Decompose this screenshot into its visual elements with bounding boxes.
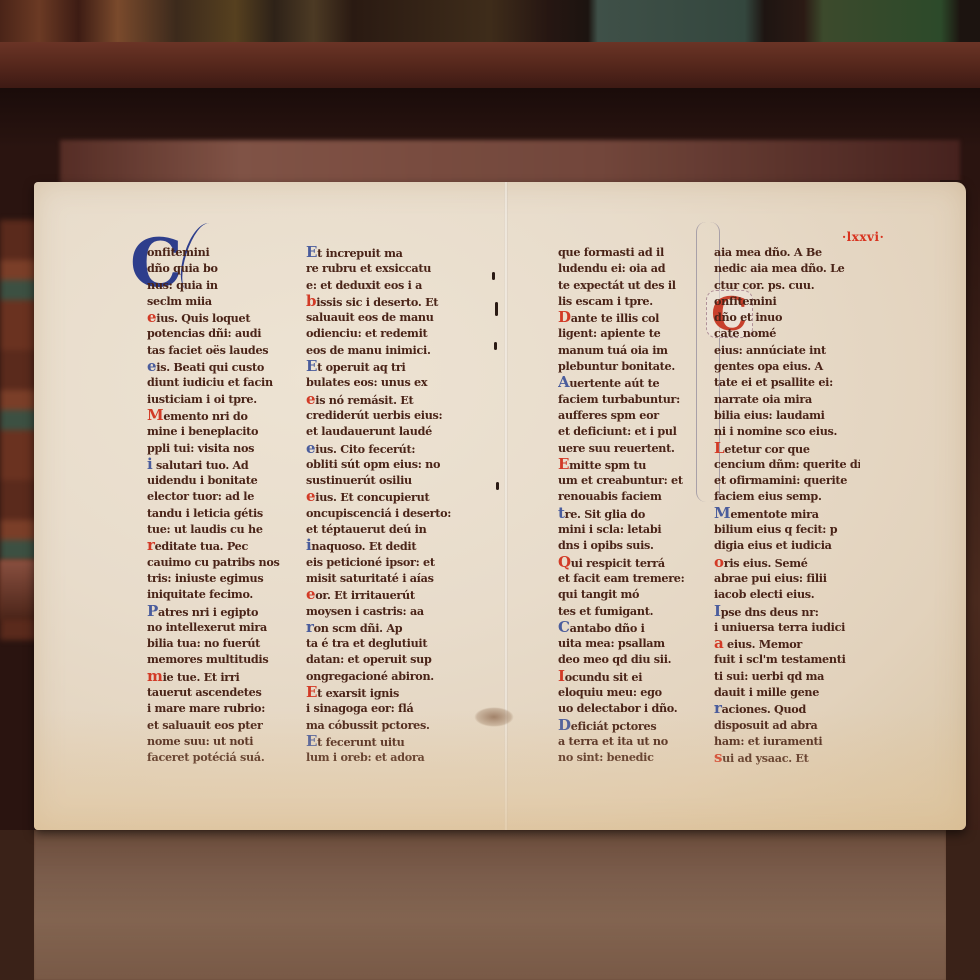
- rubricated-initial: r: [714, 699, 722, 717]
- text-line: reditate tua. Pec: [147, 537, 289, 553]
- rubricated-initial: D: [558, 716, 571, 734]
- text-line: mine i beneplacito: [147, 423, 289, 439]
- text-line: bilia tua: no fuerút: [147, 635, 289, 651]
- text-line: Et increpuit ma: [306, 244, 452, 260]
- text-line: re rubru et exsiccatu: [306, 260, 452, 276]
- text-line: lis escam i tpre.: [558, 293, 700, 309]
- text-line: iusticiam i oi tpre.: [147, 391, 289, 407]
- text-line: i uniuersa terra iudici: [714, 619, 860, 635]
- rubricated-initial: E: [306, 683, 317, 701]
- text-line: et deficiunt: et i pul: [558, 423, 700, 439]
- text-line: cauimo cu patribs nos: [147, 554, 289, 570]
- text-line: dauit i mille gene: [714, 684, 860, 700]
- text-line: ctur cor. ps. cuu.: [714, 277, 860, 293]
- text-line: bissis sic i deserto. Et: [306, 293, 452, 309]
- text-line: Mementote mira: [714, 505, 860, 521]
- text-line: eius. Quis loquet: [147, 309, 289, 325]
- text-line: deo meo qd diu sii.: [558, 651, 700, 667]
- text-line: et ofirmamini: querite: [714, 472, 860, 488]
- text-line: iacob electi eius.: [714, 586, 860, 602]
- text-line: ongregacioné abiron.: [306, 668, 452, 684]
- rubricated-initial: M: [147, 406, 163, 424]
- text-line: tris: iniuste egimus: [147, 570, 289, 586]
- text-line: mini i scla: letabi: [558, 521, 700, 537]
- text-line: Ipse dns deus nr:: [714, 603, 860, 619]
- rubricated-initial: s: [714, 748, 722, 765]
- text-line: abrae pui eius: filii: [714, 570, 860, 586]
- text-line: misit saturitaté i aías: [306, 570, 452, 586]
- text-line: Deficiát pctores: [558, 717, 700, 733]
- text-line: obliti sút opm eius: no: [306, 456, 452, 472]
- text-line: Et operuit aq tri: [306, 358, 452, 374]
- rubricated-initial: A: [558, 373, 569, 391]
- bookshelf-books: [0, 0, 980, 42]
- text-line: a terra et ita ut no: [558, 733, 700, 749]
- desk-edge-left: [0, 830, 34, 980]
- text-line: tauerut ascendetes: [147, 684, 289, 700]
- text-line: Cantabo dño i: [558, 619, 700, 635]
- text-line: ligent: apiente te: [558, 325, 700, 341]
- text-line: raciones. Quod: [714, 700, 860, 716]
- sewing-hole: [492, 272, 495, 280]
- text-line: bulates eos: unus ex: [306, 374, 452, 390]
- folio-number: ·lxxvi·: [842, 230, 884, 244]
- text-line: tandu i leticia gétis: [147, 505, 289, 521]
- text-line: ron scm dñi. Ap: [306, 619, 452, 635]
- rubricated-initial: I: [558, 667, 565, 685]
- bookshelf-board: [0, 42, 980, 88]
- rubricated-initial: i: [306, 536, 311, 554]
- rubricated-initial: M: [714, 504, 730, 522]
- text-line: i sinagoga eor: flá: [306, 700, 452, 716]
- text-line: et téptauerut deú in: [306, 521, 452, 537]
- text-line: bilium eius q fecit: p: [714, 521, 860, 537]
- text-line: i mare mare rubrio:: [147, 700, 289, 716]
- text-line: inaquoso. Et dedit: [306, 537, 452, 553]
- text-line: ti sui: uerbi qd ma: [714, 668, 860, 684]
- text-line: nedic aia mea dño. Le: [714, 260, 860, 276]
- text-line: et laudauerunt laudé: [306, 423, 452, 439]
- text-line: onfitemini: [714, 293, 860, 309]
- text-column-1: onfiteminidño quia bonus: quia inseclm m…: [147, 244, 289, 766]
- rubricated-initial: i: [147, 455, 152, 473]
- text-line: manum tuá oia im: [558, 342, 700, 358]
- text-line: tre. Sit glia do: [558, 505, 700, 521]
- rubricated-initial: t: [558, 504, 565, 522]
- rubricated-initial: r: [306, 618, 314, 636]
- text-line: Patres nri i egipto: [147, 603, 289, 619]
- text-line: elector tuor: ad le: [147, 488, 289, 504]
- rubricated-initial: e: [306, 390, 315, 408]
- sewing-hole: [494, 342, 497, 350]
- text-line: eis. Beati qui custo: [147, 358, 289, 374]
- text-line: Et fecerunt uitu: [306, 733, 452, 749]
- text-line: moysen i castris: aa: [306, 603, 452, 619]
- text-line: ma cóbussit pctores.: [306, 717, 452, 733]
- text-line: seclm miia: [147, 293, 289, 309]
- rubricated-initial: e: [147, 357, 156, 375]
- text-line: eor. Et irritauerút: [306, 586, 452, 602]
- desk-reflection: [34, 830, 946, 980]
- text-line: diunt iudiciu et facin: [147, 374, 289, 390]
- sewing-hole: [496, 482, 499, 490]
- text-line: memores multitudis: [147, 651, 289, 667]
- text-line: odienciu: et redemit: [306, 325, 452, 341]
- rubricated-initial: L: [714, 439, 724, 457]
- text-line: saluauit eos de manu: [306, 309, 452, 325]
- text-line: Qui respicit terrá: [558, 554, 700, 570]
- rubricated-initial: e: [147, 308, 156, 326]
- text-line: dns i opibs suis.: [558, 537, 700, 553]
- text-line: tes et fumigant.: [558, 603, 700, 619]
- text-line: ppli tui: visita nos: [147, 440, 289, 456]
- rubricated-initial: E: [306, 357, 317, 375]
- text-line: tas faciet oës laudes: [147, 342, 289, 358]
- rubricated-initial: r: [147, 536, 155, 554]
- text-line: um et creabuntur: et: [558, 472, 700, 488]
- rubricated-initial: e: [306, 487, 315, 505]
- text-line: ludendu ei: oia ad: [558, 260, 700, 276]
- text-line: et facit eam tremere:: [558, 570, 700, 586]
- text-line: uidendu i bonitate: [147, 472, 289, 488]
- text-line: tate ei et psallite ei:: [714, 374, 860, 390]
- text-line: ni i nomine sco eius.: [714, 423, 860, 439]
- text-line: fuit i scl'm testamenti: [714, 651, 860, 667]
- text-line: Emitte spm tu: [558, 456, 700, 472]
- text-line: tue: ut laudis cu he: [147, 521, 289, 537]
- text-line: mie tue. Et irri: [147, 668, 289, 684]
- text-line: faceret potéciá suá.: [147, 749, 289, 765]
- rubricated-initial: E: [306, 244, 317, 261]
- text-line: uita mea: psallam: [558, 635, 700, 651]
- text-line: renouabis faciem: [558, 488, 700, 504]
- parchment-stain: [474, 707, 514, 727]
- text-line: eis nó remásit. Et: [306, 391, 452, 407]
- text-line: e: et deduxit eos i a: [306, 277, 452, 293]
- rubricated-initial: I: [714, 602, 721, 620]
- text-line: narrate oia mira: [714, 391, 860, 407]
- rubricated-initial: C: [558, 618, 570, 636]
- text-line: Dante te illis col: [558, 309, 700, 325]
- text-line: iniquitate fecimo.: [147, 586, 289, 602]
- text-line: faciem turbabuntur:: [558, 391, 700, 407]
- text-line: eos de manu inimici.: [306, 342, 452, 358]
- text-line: eloquiu meu: ego: [558, 684, 700, 700]
- text-line: que formasti ad il: [558, 244, 700, 260]
- text-line: nus: quia in: [147, 277, 289, 293]
- text-line: a eius. Memor: [714, 635, 860, 651]
- text-line: no sint: benedic: [558, 749, 700, 765]
- desk-edge-right: [946, 830, 980, 980]
- text-line: Et exarsit ignis: [306, 684, 452, 700]
- text-line: eius. Et concupierut: [306, 488, 452, 504]
- text-line: gentes opa eius. A: [714, 358, 860, 374]
- text-line: oncupiscenciá i deserto:: [306, 505, 452, 521]
- text-line: nome suu: ut noti: [147, 733, 289, 749]
- text-line: Iocundu sit ei: [558, 668, 700, 684]
- text-line: aia mea dño. A Be: [714, 244, 860, 260]
- rubricated-initial: m: [147, 667, 163, 685]
- text-line: Auertente aút te: [558, 374, 700, 390]
- rubricated-initial: P: [147, 602, 158, 620]
- text-line: aufferes spm eor: [558, 407, 700, 423]
- rubricated-initial: a: [714, 634, 723, 652]
- text-line: dño et inuo: [714, 309, 860, 325]
- photo-scene: ·lxxvi· C C onfiteminidño quia bonus: qu…: [0, 0, 980, 980]
- rubricated-initial: E: [558, 455, 569, 473]
- text-line: faciem eius semp.: [714, 488, 860, 504]
- text-column-3: que formasti ad illudendu ei: oia adte e…: [558, 244, 700, 766]
- text-line: eius. Cito fecerút:: [306, 440, 452, 456]
- text-line: disposuit ad abra: [714, 717, 860, 733]
- manuscript-bifolium: ·lxxvi· C C onfiteminidño quia bonus: qu…: [34, 182, 966, 830]
- text-line: uere suu reuertent.: [558, 440, 700, 456]
- text-line: te expectát ut des il: [558, 277, 700, 293]
- rubricated-initial: D: [558, 308, 571, 326]
- text-line: uo delectabor i dño.: [558, 700, 700, 716]
- shelf-shadow: [0, 88, 980, 148]
- text-line: sui ad ysaac. Et: [714, 749, 860, 765]
- center-fold: [504, 182, 508, 830]
- sewing-hole: [495, 302, 498, 316]
- text-line: qui tangit mó: [558, 586, 700, 602]
- text-line: potencias dñi: audi: [147, 325, 289, 341]
- text-line: cencium dñm: querite dñm: [714, 456, 860, 472]
- text-line: sustinuerút osiliu: [306, 472, 452, 488]
- text-line: oris eius. Semé: [714, 554, 860, 570]
- text-line: Memento nri do: [147, 407, 289, 423]
- text-line: digia eius et iudicia: [714, 537, 860, 553]
- text-line: lum i oreb: et adora: [306, 749, 452, 765]
- rubricated-initial: o: [714, 553, 724, 571]
- rubricated-initial: E: [306, 732, 317, 750]
- text-line: datan: et operuit sup: [306, 651, 452, 667]
- rubricated-initial: Q: [558, 553, 571, 571]
- text-line: cate nomé: [714, 325, 860, 341]
- text-line: et saluauit eos pter: [147, 717, 289, 733]
- rubricated-initial: e: [306, 439, 315, 457]
- text-line: i salutari tuo. Ad: [147, 456, 289, 472]
- text-line: Letetur cor que: [714, 440, 860, 456]
- text-line: crediderút uerbis eius:: [306, 407, 452, 423]
- text-line: ta é tra et deglutiuit: [306, 635, 452, 651]
- text-line: onfitemini: [147, 244, 289, 260]
- text-line: eis peticioné ipsor: et: [306, 554, 452, 570]
- text-line: eius: annúciate int: [714, 342, 860, 358]
- text-column-4: aia mea dño. A Benedic aia mea dño. Lect…: [714, 244, 860, 766]
- text-line: plebuntur bonitate.: [558, 358, 700, 374]
- text-column-2: Et increpuit mare rubru et exsiccatue: e…: [306, 244, 452, 766]
- text-line: ham: et iuramenti: [714, 733, 860, 749]
- text-line: no intellexerut mira: [147, 619, 289, 635]
- text-line: dño quia bo: [147, 260, 289, 276]
- rubricated-initial: b: [306, 292, 316, 310]
- rubricated-initial: e: [306, 585, 315, 603]
- text-line: bilia eius: laudami: [714, 407, 860, 423]
